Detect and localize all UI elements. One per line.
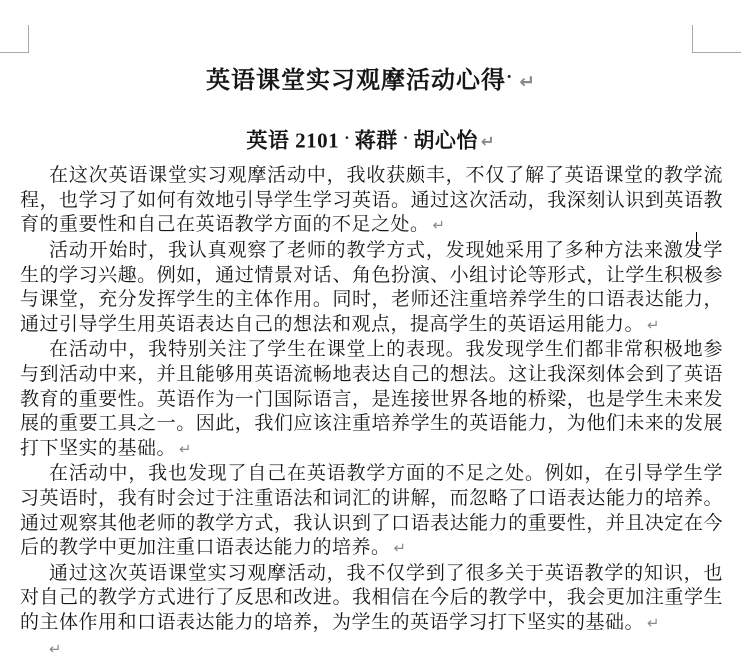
space-formatting-mark: · xyxy=(403,128,409,147)
paragraph-mark-icon: ↵ xyxy=(433,217,445,234)
text-cursor xyxy=(696,232,697,254)
empty-paragraph[interactable]: ↵ xyxy=(20,637,723,662)
document-page: 英语课堂实习观摩活动心得·↵ 英语 2101·蒋群·胡心怡↵ 在这次英语课堂实习… xyxy=(0,0,741,662)
paragraph-5-text: 通过这次英语课堂实习观摩活动，我不仅学到了很多关于英语教学的知识，也对自己的教学… xyxy=(20,563,723,633)
paragraph-mark-icon: ↵ xyxy=(394,540,406,557)
paragraph-mark-icon: ↵ xyxy=(481,132,495,151)
byline-class-id: 英语 2101 xyxy=(246,128,339,152)
document-title-text: 英语课堂实习观摩活动心得 xyxy=(206,68,506,94)
margin-crop-mark-top-right xyxy=(692,25,741,53)
space-formatting-mark: · xyxy=(344,128,350,147)
paragraph-mark-icon: ↵ xyxy=(49,641,61,658)
paragraph-mark-icon: ↵ xyxy=(647,615,659,632)
document-title: 英语课堂实习观摩活动心得·↵ xyxy=(20,62,721,99)
document-byline: 英语 2101·蒋群·胡心怡↵ xyxy=(20,123,721,158)
paragraph-1[interactable]: 在这次英语课堂实习观摩活动中，我收获颇丰，不仅了解了英语课堂的教学流程，也学习了… xyxy=(20,164,723,239)
space-formatting-mark: · xyxy=(506,67,512,88)
paragraph-1-text: 在这次英语课堂实习观摩活动中，我收获颇丰，不仅了解了英语课堂的教学流程，也学习了… xyxy=(20,165,723,235)
paragraph-2[interactable]: 活动开始时，我认真观察了老师的教学方式，发现她采用了多种方法来激发学生的学习兴趣… xyxy=(20,239,723,338)
paragraph-2-text: 活动开始时，我认真观察了老师的教学方式，发现她采用了多种方法来激发学生的学习兴趣… xyxy=(20,240,723,335)
paragraph-4[interactable]: 在活动中，我也发现了自己在英语教学方面的不足之处。例如，在引导学生学习英语时，我… xyxy=(20,462,723,561)
byline-author-2: 胡心怡 xyxy=(413,128,478,152)
paragraph-mark-icon: ↵ xyxy=(519,72,535,93)
paragraph-5[interactable]: 通过这次英语课堂实习观摩活动，我不仅学到了很多关于英语教学的知识，也对自己的教学… xyxy=(20,562,723,637)
paragraph-mark-icon: ↵ xyxy=(647,317,659,334)
paragraph-3[interactable]: 在活动中，我特别关注了学生在课堂上的表现。我发现学生们都非常积极地参与到活动中来… xyxy=(20,338,723,462)
byline-author-1: 蒋群 xyxy=(355,128,398,152)
paragraph-mark-icon: ↵ xyxy=(179,441,191,458)
paragraph-4-text: 在活动中，我也发现了自己在英语教学方面的不足之处。例如，在引导学生学习英语时，我… xyxy=(20,463,723,558)
document-body[interactable]: 在这次英语课堂实习观摩活动中，我收获颇丰，不仅了解了英语课堂的教学流程，也学习了… xyxy=(20,164,723,661)
paragraph-3-text: 在活动中，我特别关注了学生在课堂上的表现。我发现学生们都非常积极地参与到活动中来… xyxy=(20,339,723,458)
margin-crop-mark-top-left xyxy=(0,25,29,53)
